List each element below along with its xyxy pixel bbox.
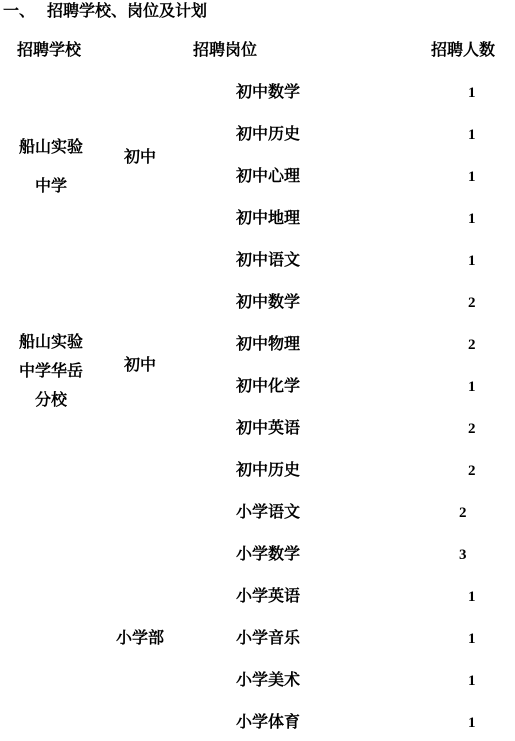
- position-cell: 初中英语: [236, 419, 300, 437]
- count-cell: 1: [468, 168, 476, 186]
- count-cell: 1: [468, 714, 476, 732]
- school-name-chuanshan-huayue-branch: 船山实验 中学华岳 分校: [1, 327, 101, 414]
- count-cell: 1: [468, 378, 476, 396]
- count-cell: 1: [468, 252, 476, 270]
- count-cell: 1: [468, 630, 476, 648]
- header-school: 招聘学校: [17, 41, 81, 59]
- count-cell: 2: [459, 504, 467, 522]
- position-cell: 初中化学: [236, 377, 300, 395]
- position-cell: 小学音乐: [236, 629, 300, 647]
- position-cell: 初中心理: [236, 167, 300, 185]
- section-number: 一、: [3, 2, 47, 20]
- position-cell: 初中物理: [236, 335, 300, 353]
- level-junior-high: 初中: [124, 148, 156, 166]
- count-cell: 1: [468, 210, 476, 228]
- count-cell: 1: [468, 126, 476, 144]
- position-cell: 初中历史: [236, 461, 300, 479]
- count-cell: 1: [468, 672, 476, 690]
- level-elementary: 小学部: [116, 629, 164, 647]
- position-cell: 初中数学: [236, 83, 300, 101]
- position-cell: 初中数学: [236, 293, 300, 311]
- count-cell: 2: [468, 336, 476, 354]
- school-name-line: 中学华岳: [1, 356, 101, 385]
- level-junior-high: 初中: [124, 356, 156, 374]
- count-cell: 1: [468, 84, 476, 102]
- section-title: 一、招聘学校、岗位及计划: [3, 2, 207, 20]
- school-name-line: 中学: [1, 166, 101, 205]
- school-name-line: 分校: [1, 385, 101, 414]
- position-cell: 初中地理: [236, 209, 300, 227]
- school-name-chuanshan-middle: 船山实验 中学: [1, 127, 101, 205]
- position-cell: 小学英语: [236, 587, 300, 605]
- count-cell: 1: [468, 588, 476, 606]
- count-cell: 3: [459, 546, 467, 564]
- school-name-line: 船山实验: [1, 127, 101, 166]
- position-cell: 小学语文: [236, 503, 300, 521]
- header-position: 招聘岗位: [193, 41, 257, 59]
- school-name-line: 船山实验: [1, 327, 101, 356]
- header-count: 招聘人数: [431, 41, 495, 59]
- count-cell: 2: [468, 420, 476, 438]
- section-title-text: 招聘学校、岗位及计划: [47, 1, 207, 20]
- position-cell: 初中语文: [236, 251, 300, 269]
- count-cell: 2: [468, 294, 476, 312]
- count-cell: 2: [468, 462, 476, 480]
- position-cell: 初中历史: [236, 125, 300, 143]
- position-cell: 小学美术: [236, 671, 300, 689]
- position-cell: 小学体育: [236, 713, 300, 731]
- position-cell: 小学数学: [236, 545, 300, 563]
